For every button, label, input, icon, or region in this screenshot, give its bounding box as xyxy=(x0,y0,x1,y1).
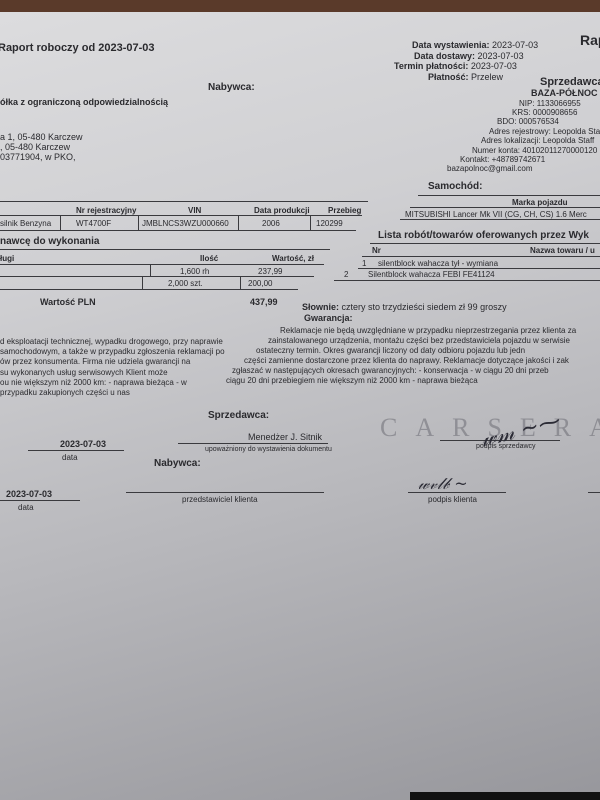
seller-heading: Sprzedawca xyxy=(540,76,600,88)
issue-date: Data wystawienia: 2023-07-03 xyxy=(412,40,538,50)
car-header-vin: VIN xyxy=(188,206,201,215)
delivery-date: Data dostawy: 2023-07-03 xyxy=(414,51,524,61)
services-total-value: 437,99 xyxy=(250,297,278,307)
car-heading: Samochód: xyxy=(428,181,482,192)
seller-location-address: Adres lokalizacji: Leopolda Staff xyxy=(481,136,594,145)
buyer-heading: Nabywca: xyxy=(208,82,255,93)
document-title-right: Rap xyxy=(580,32,600,48)
car-model-header: Marka pojazdu xyxy=(512,198,568,207)
warranty-left-line-3: ów przez konsumenta. Firma nie udziela g… xyxy=(0,357,190,366)
services-header-value: Wartość, zł xyxy=(272,254,314,263)
warranty-right-line-1: Reklamacje nie będą uwzględniane w przyp… xyxy=(280,326,576,335)
warranty-left-line-1: d eksploatacji technicznej, wypadku drog… xyxy=(0,337,223,346)
warranty-left-line-4: su wykonanych usług serwisowych Klient m… xyxy=(0,368,168,377)
warranty-right-line-5: zgłaszać w następujących okresach gwaran… xyxy=(232,366,549,375)
car-header-mileage: Przebieg xyxy=(328,206,361,215)
buyer-address-2: , 05-480 Karczew xyxy=(0,142,70,152)
buyer-sign-caption: podpis klienta xyxy=(428,495,477,504)
buyer-date: 2023-07-03 xyxy=(6,489,52,499)
seller-contact: Kontakt: +48789742671 xyxy=(460,155,545,164)
parts-row-2-name: Silentblock wahacza FEBI FE41124 xyxy=(368,270,495,279)
seller-person: Menedżer J. Sitnik xyxy=(248,432,322,442)
seller-krs: KRS: 0000908656 xyxy=(512,108,577,117)
warranty-right-line-2: zainstalowanego urządzenia, montażu częś… xyxy=(268,336,570,345)
parts-heading: Lista robót/towarów oferowanych przez Wy… xyxy=(378,230,589,241)
buyer-address-1: a 1, 05-480 Karczew xyxy=(0,132,83,142)
warranty-right-line-3: ostateczny termin. Okres gwarancji liczo… xyxy=(256,346,525,355)
seller-date: 2023-07-03 xyxy=(60,439,106,449)
seller-email: bazapolnoc@gmail.com xyxy=(447,164,533,173)
services-row-2-value: 200,00 xyxy=(248,279,272,288)
warranty-right-line-6: ciągu 20 dni przebiegiem nie większym ni… xyxy=(226,376,478,385)
photo-edge xyxy=(410,792,600,800)
services-row-2-qty: 2,000 szt. xyxy=(168,279,203,288)
payment-method: Płatność: Przelew xyxy=(428,72,503,82)
services-heading: nawcę do wykonania xyxy=(0,236,99,247)
car-header-production-date: Data produkcji xyxy=(254,206,310,215)
seller-name: BAZA-PÓŁNOC s xyxy=(531,88,600,98)
services-row-1-qty: 1,600 rh xyxy=(180,267,209,276)
seller-date-caption: data xyxy=(62,453,78,462)
buyer-signature: 𝓌𝓋𝓁𝒷 ~ xyxy=(418,474,468,494)
car-production-year: 2006 xyxy=(262,219,280,228)
seller-registered-address: Adres rejestrowy: Leopolda Sta xyxy=(489,127,600,136)
seller-person-caption: upoważniony do wystawienia dokumentu xyxy=(205,446,332,453)
car-header-registration: Nr rejestracyjny xyxy=(76,206,136,215)
document-title: Raport roboczy od 2023-07-03 xyxy=(0,42,155,54)
car-registration: WT4700F xyxy=(76,219,111,228)
parts-row-2-nr: 2 xyxy=(344,270,348,279)
parts-row-1-nr: 1 xyxy=(362,259,366,268)
warranty-left-line-6: przypadku zakupionych części u nas xyxy=(0,388,130,397)
seller-nip: NIP: 1133066955 xyxy=(519,99,581,108)
parts-row-1-name: silentblock wahacza tył - wymiana xyxy=(378,259,498,268)
payment-due-date: Termin płatności: 2023-07-03 xyxy=(394,61,517,71)
services-row-1-value: 237,99 xyxy=(258,267,282,276)
seller-bdo: BDO: 000576534 xyxy=(497,117,559,126)
services-header-name: ługi xyxy=(0,254,14,263)
warranty-left-line-5: ou nie większym niż 2000 km: - naprawa b… xyxy=(0,378,187,387)
services-header-qty: Ilość xyxy=(200,254,218,263)
parts-header-nr: Nr xyxy=(372,246,381,255)
car-engine: silnik Benzyna xyxy=(0,219,51,228)
parts-header-name: Nazwa towaru / u xyxy=(530,246,595,255)
buyer-signature-heading: Nabywca: xyxy=(154,458,201,469)
warranty-right-line-4: części zamienne dostarczone przez klient… xyxy=(244,356,569,365)
buyer-address-3: 03771904, w PKO, xyxy=(0,152,76,162)
car-model-value: MITSUBISHI Lancer Mk VII (CG, CH, CS) 1.… xyxy=(405,210,587,219)
buyer-rep-caption: przedstawiciel klienta xyxy=(182,495,258,504)
car-mileage: 120299 xyxy=(316,219,343,228)
services-total-label: Wartość PLN xyxy=(40,297,96,307)
car-vin: JMBLNCS3WZU000660 xyxy=(142,219,229,228)
amount-in-words: Słownie: cztery sto trzydzieści siedem z… xyxy=(302,302,507,312)
buyer-company-type: ółka z ograniczoną odpowiedzialnością xyxy=(0,97,168,107)
warranty-left-line-2: samochodowym, a także w przypadku zgłosz… xyxy=(0,347,225,356)
seller-account-number: Numer konta: 40102011270000120 xyxy=(472,146,597,155)
buyer-date-caption: data xyxy=(18,503,34,512)
warranty-heading: Gwarancja: xyxy=(304,313,353,323)
seller-signature-heading: Sprzedawca: xyxy=(208,410,269,421)
